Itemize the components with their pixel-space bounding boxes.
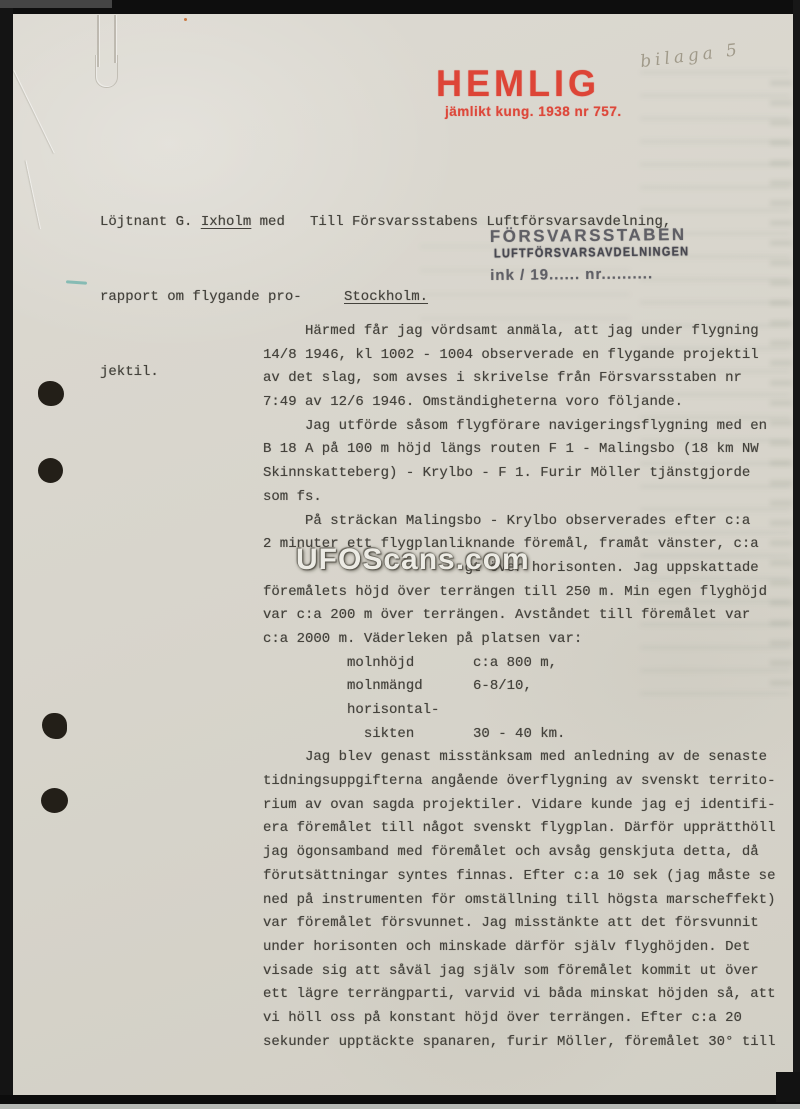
reference-text: Löjtnant G. [100, 214, 201, 230]
secret-stamp: HEMLIG jämlikt kung. 1938 nr 757. [436, 66, 622, 119]
secret-stamp-subtitle: jämlikt kung. 1938 nr 757. [445, 104, 622, 119]
body-line: föremålets höjd över terrängen till 250 … [263, 581, 775, 605]
body-line: Jag utförde såsom flygförare navigerings… [263, 415, 775, 439]
body-line: sekunder upptäckte spanaren, furir Mölle… [263, 1031, 775, 1055]
scan-border-left [0, 0, 13, 1109]
report-body: Härmed får jag vördsamt anmäla, att jag … [263, 320, 775, 1054]
reference-note-line: rapport om flygande pro- [100, 285, 302, 310]
punch-hole [38, 381, 64, 406]
body-line: av det slag, som avses i skrivelse från … [263, 367, 775, 391]
registry-stamp-org: FÖRSVARSSTABEN [490, 225, 689, 247]
scan-border-top-corner [0, 0, 112, 8]
punch-hole [38, 458, 63, 483]
body-line: horisontal- [263, 699, 775, 723]
punch-hole [41, 788, 68, 813]
reference-note-line: Löjtnant G. Ixholm med [100, 210, 302, 235]
body-line: vi höll oss på konstant höjd över terrän… [263, 1007, 775, 1031]
body-line: under horisonten och minskade därför sjä… [263, 936, 775, 960]
watermark: UFOScans.com [296, 543, 530, 577]
body-line: 7:49 av 12/6 1946. Omständigheterna voro… [263, 391, 775, 415]
reference-text: med [251, 214, 285, 230]
body-line: tidningsuppgifterna angående överflygnin… [263, 770, 775, 794]
scanned-document: HEMLIG jämlikt kung. 1938 nr 757. bilaga… [0, 0, 800, 1109]
body-line: var föremålet försvunnet. Jag misstänkte… [263, 912, 775, 936]
address-city: Stockholm. [344, 285, 671, 310]
punch-hole [42, 713, 67, 739]
body-line: molnhöjd c:a 800 m, [263, 652, 775, 676]
body-line: molnmängd 6-8/10, [263, 675, 775, 699]
ink-speck [184, 18, 187, 21]
registry-stamp: FÖRSVARSSTABEN LUFTFÖRSVARSAVDELNINGEN i… [490, 225, 690, 284]
body-line: ned på instrumenten för omställning till… [263, 889, 775, 913]
body-line: c:a 2000 m. Väderleken på platsen var: [263, 628, 775, 652]
officer-name: Ixholm [201, 214, 251, 230]
body-line: Härmed får jag vördsamt anmäla, att jag … [263, 320, 775, 344]
body-line: Jag blev genast misstänksam med anlednin… [263, 746, 775, 770]
paperclip-mark [95, 55, 118, 88]
body-line: Skinnskatteberg) - Krylbo - F 1. Furir M… [263, 462, 775, 486]
secret-stamp-title: HEMLIG [436, 66, 622, 103]
registry-stamp-dept: LUFTFÖRSVARSAVDELNINGEN [494, 245, 689, 261]
body-line: På sträckan Malingsbo - Krylbo observera… [263, 510, 775, 534]
body-line: 14/8 1946, kl 1002 - 1004 observerade en… [263, 344, 775, 368]
body-line: era föremålet till något svenskt flygpla… [263, 817, 775, 841]
scanner-bed-strip [0, 1104, 800, 1109]
registry-stamp-date-line: ink / 19...... nr.......... [490, 265, 689, 284]
body-line: visade sig att såväl jag själv som förem… [263, 960, 775, 984]
body-line: rium av ovan sagda projektiler. Vidare k… [263, 794, 775, 818]
body-line: förutsättningar syntes finnas. Efter c:a… [263, 865, 775, 889]
scan-border-right [793, 0, 800, 1109]
body-line: ett lägre terrängparti, varvid vi båda m… [263, 983, 775, 1007]
body-line: som fs. [263, 486, 775, 510]
body-line: jag ögonsamband med föremålet och avsåg … [263, 841, 775, 865]
scan-border-top [0, 0, 800, 14]
body-line: B 18 A på 100 m höjd längs routen F 1 - … [263, 438, 775, 462]
body-line: var c:a 200 m över terrängen. Avståndet … [263, 604, 775, 628]
body-line: sikten 30 - 40 km. [263, 723, 775, 747]
scan-border-corner [776, 1072, 800, 1102]
